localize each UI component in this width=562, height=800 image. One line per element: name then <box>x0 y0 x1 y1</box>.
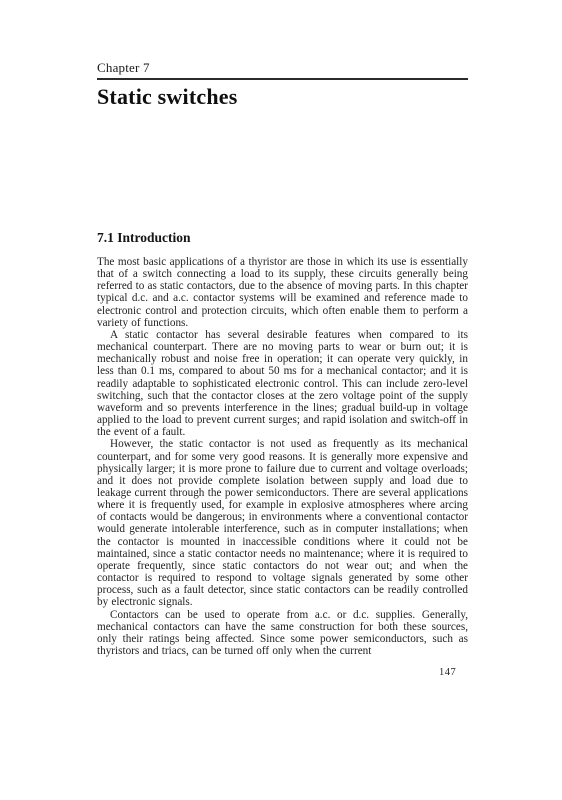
text-column: Chapter 7 Static switches 7.1 Introducti… <box>97 60 468 657</box>
body-text: The most basic applications of a thyrist… <box>97 256 468 657</box>
book-page: Chapter 7 Static switches 7.1 Introducti… <box>0 0 562 800</box>
chapter-label: Chapter 7 <box>97 60 468 76</box>
chapter-title: Static switches <box>97 84 468 109</box>
header-rule <box>97 78 468 80</box>
paragraph-2: A static contactor has several desirable… <box>97 329 468 438</box>
paragraph-4: Contactors can be used to operate from a… <box>97 609 468 658</box>
page-number: 147 <box>439 667 456 678</box>
paragraph-1: The most basic applications of a thyrist… <box>97 256 468 329</box>
section-heading: 7.1 Introduction <box>97 230 468 246</box>
chapter-header: Chapter 7 Static switches <box>97 60 468 109</box>
paragraph-3: However, the static contactor is not use… <box>97 438 468 608</box>
